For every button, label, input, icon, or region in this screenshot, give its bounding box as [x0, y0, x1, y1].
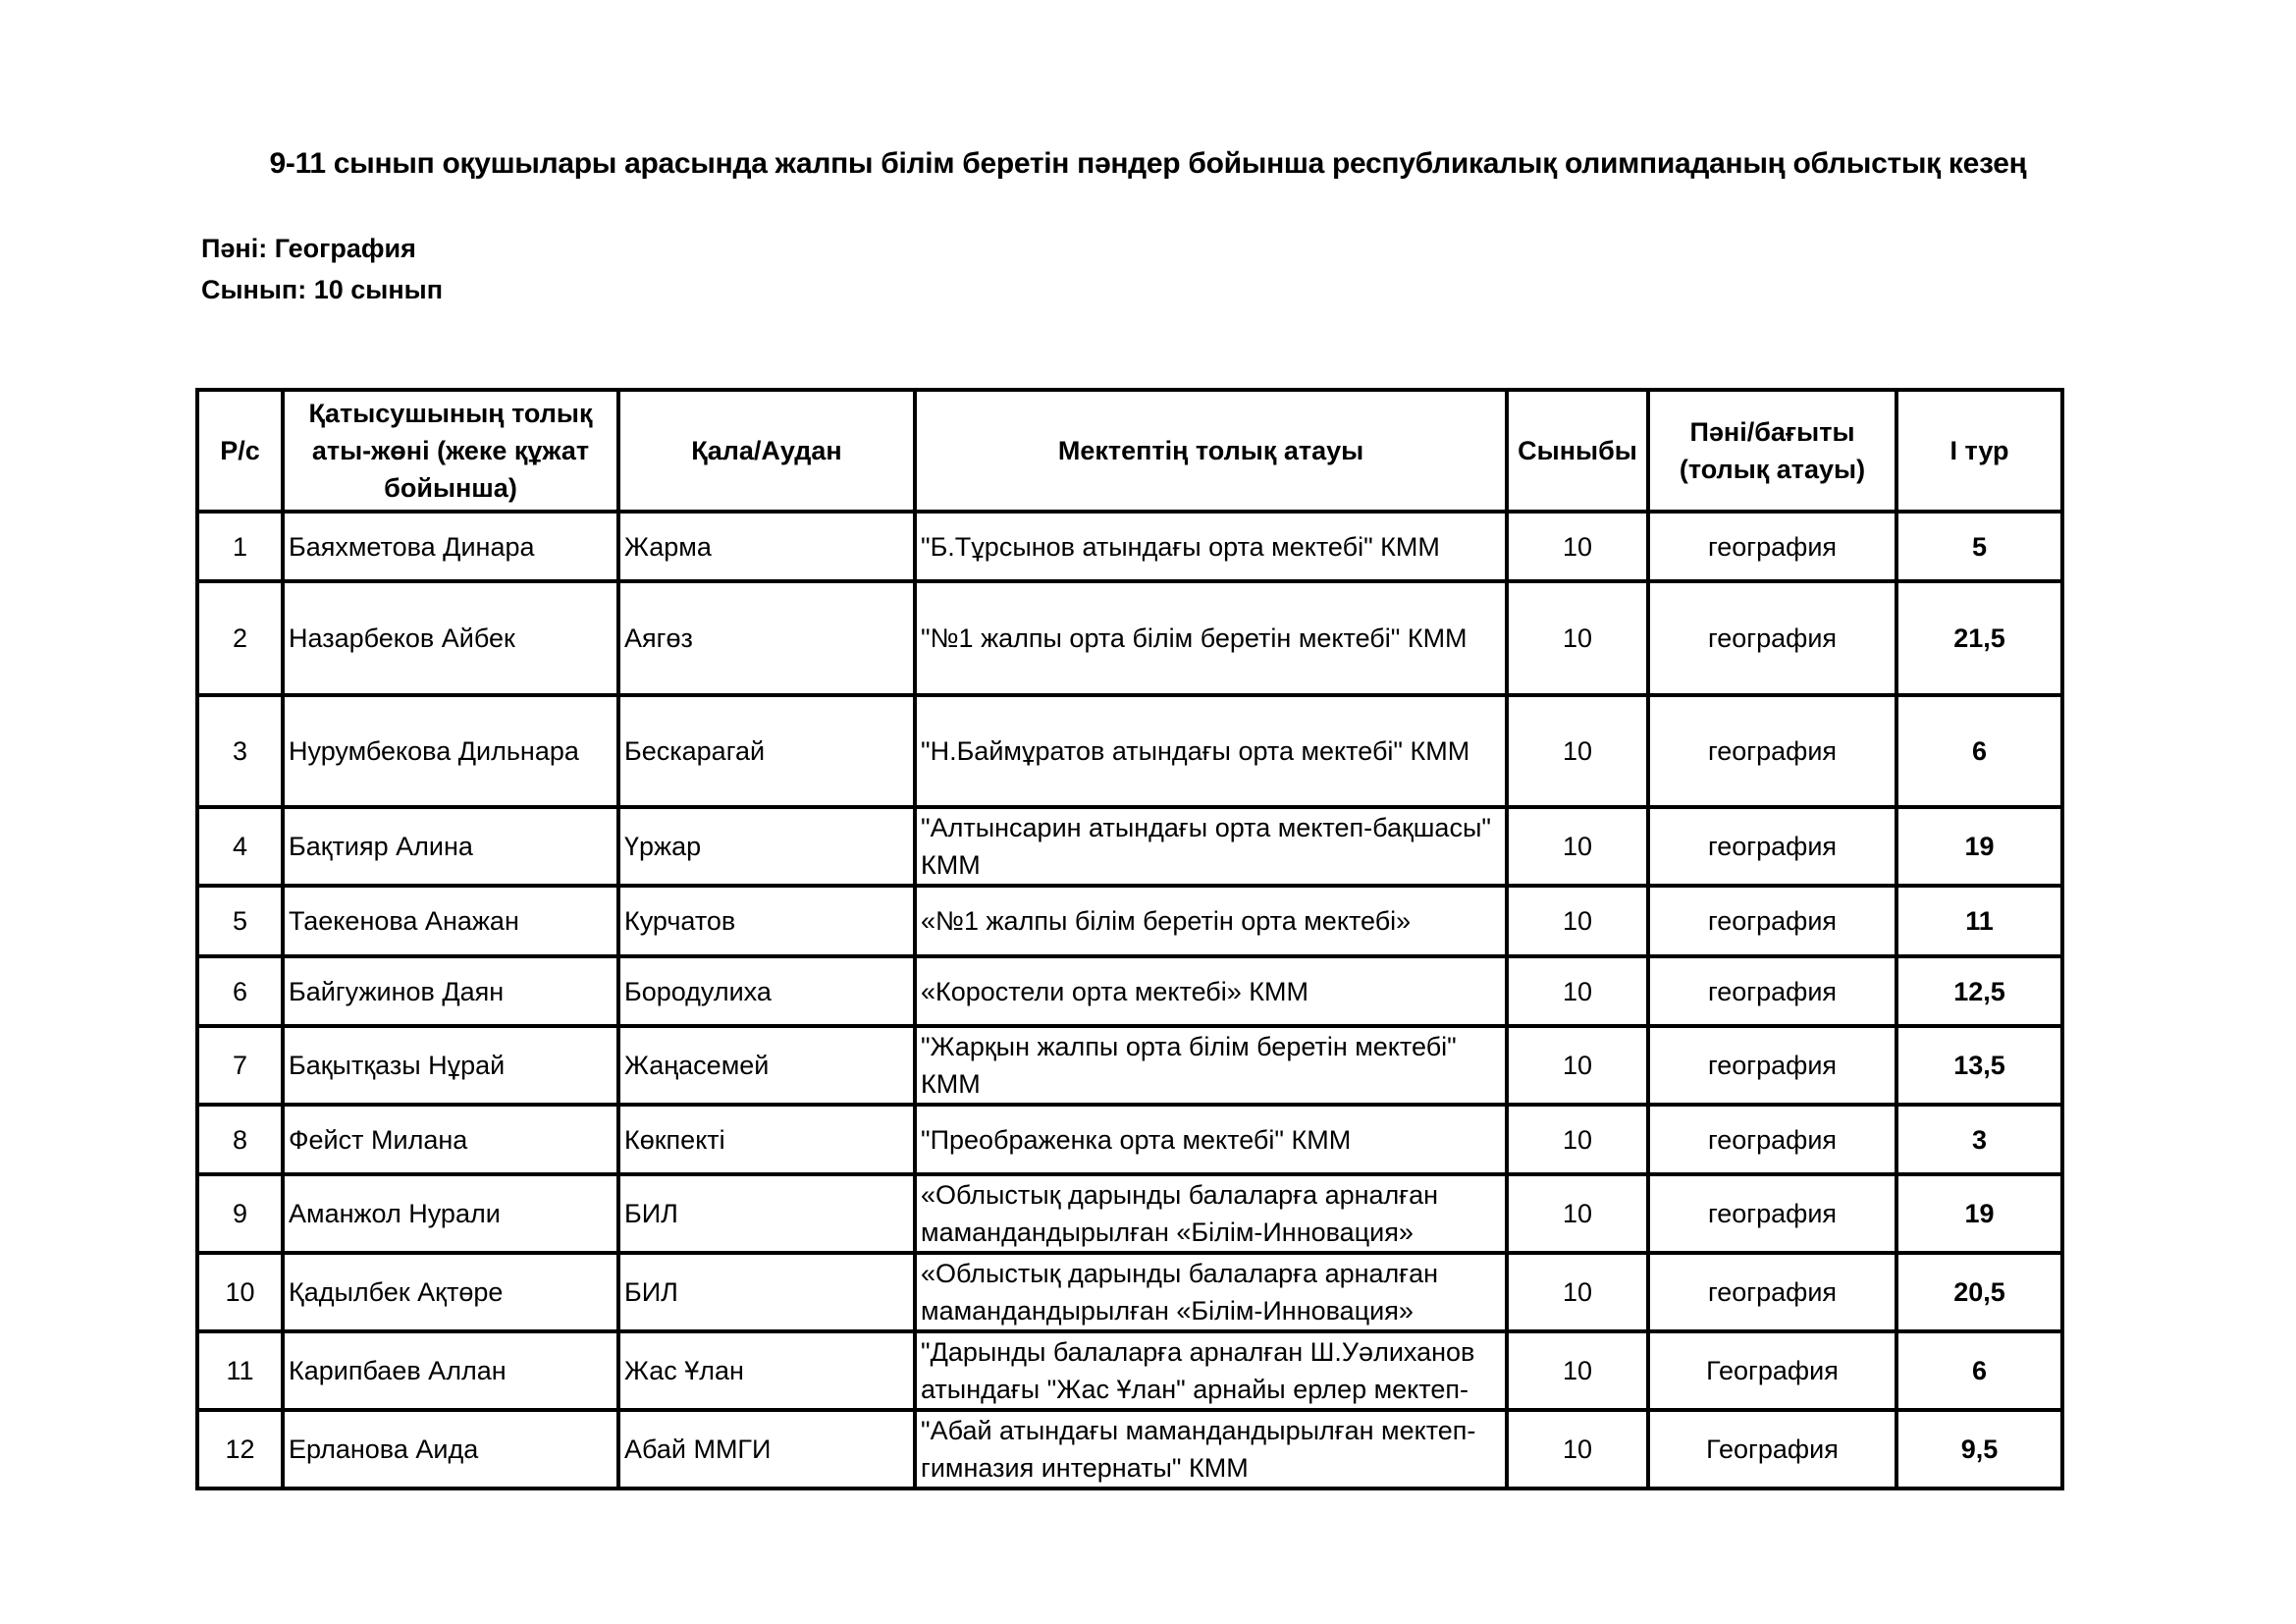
round-1-score: 6	[1896, 695, 2062, 807]
header-grade: Сыныбы	[1507, 390, 1648, 512]
grade: 10	[1507, 1410, 1648, 1489]
participant-name: Нурумбекова Дильнара	[283, 695, 618, 807]
school-name: "Абай атындағы мамандандырылған мектеп-г…	[915, 1410, 1507, 1489]
subject: география	[1648, 807, 1896, 886]
participant-name: Аманжол Нурали	[283, 1174, 618, 1253]
row-number: 6	[197, 956, 283, 1026]
table-row: 8Фейст МиланаКөкпекті"Преображенка орта …	[197, 1105, 2062, 1174]
table-row: 12Ерланова АидаАбай ММГИ"Абай атындағы м…	[197, 1410, 2062, 1489]
round-1-score: 3	[1896, 1105, 2062, 1174]
participant-name: Қадылбек Ақтөре	[283, 1253, 618, 1331]
participant-name: Бақытқазы Нұрай	[283, 1026, 618, 1105]
school-name: "№1 жалпы орта білім беретін мектебі" КМ…	[915, 581, 1507, 695]
city-district: БИЛ	[618, 1174, 915, 1253]
row-number: 2	[197, 581, 283, 695]
city-district: Аягөз	[618, 581, 915, 695]
city-district: Курчатов	[618, 886, 915, 956]
round-1-score: 9,5	[1896, 1410, 2062, 1489]
subject: география	[1648, 956, 1896, 1026]
grade: 10	[1507, 512, 1648, 581]
subject-line: Пәні: География	[201, 234, 416, 264]
school-name: "Н.Баймұратов атындағы орта мектебі" КММ	[915, 695, 1507, 807]
round-1-score: 19	[1896, 807, 2062, 886]
participant-name: Байгужинов Даян	[283, 956, 618, 1026]
subject: география	[1648, 581, 1896, 695]
school-name: "Жарқын жалпы орта білім беретін мектебі…	[915, 1026, 1507, 1105]
grade-line: Сынып: 10 сынып	[201, 275, 443, 305]
row-number: 10	[197, 1253, 283, 1331]
grade: 10	[1507, 807, 1648, 886]
participant-name: Бақтияр Алина	[283, 807, 618, 886]
participant-name: Таекенова Анажан	[283, 886, 618, 956]
row-number: 9	[197, 1174, 283, 1253]
header-round-1: І тур	[1896, 390, 2062, 512]
header-city-district: Қала/Аудан	[618, 390, 915, 512]
document-title: 9-11 сынып оқушылары арасында жалпы білі…	[0, 147, 2296, 181]
row-number: 4	[197, 807, 283, 886]
row-number: 1	[197, 512, 283, 581]
table-row: 2Назарбеков АйбекАягөз"№1 жалпы орта біл…	[197, 581, 2062, 695]
table-row: 10Қадылбек АқтөреБИЛ«Облыстық дарынды ба…	[197, 1253, 2062, 1331]
header-participant-name: Қатысушының толық аты-жөні (жеке құжат б…	[283, 390, 618, 512]
grade: 10	[1507, 886, 1648, 956]
participant-name: Назарбеков Айбек	[283, 581, 618, 695]
city-district: Жарма	[618, 512, 915, 581]
grade: 10	[1507, 1253, 1648, 1331]
round-1-score: 21,5	[1896, 581, 2062, 695]
school-name: "Алтынсарин атындағы орта мектеп-бақшасы…	[915, 807, 1507, 886]
table-row: 5Таекенова АнажанКурчатов «№1 жалпы білі…	[197, 886, 2062, 956]
table-row: 4Бақтияр АлинаҮржар"Алтынсарин атындағы …	[197, 807, 2062, 886]
table-row: 6Байгужинов ДаянБородулиха «Коростели ор…	[197, 956, 2062, 1026]
city-district: Бескарагай	[618, 695, 915, 807]
row-number: 7	[197, 1026, 283, 1105]
school-name: "Преображенка орта мектебі" КММ	[915, 1105, 1507, 1174]
participant-name: Карипбаев Аллан	[283, 1331, 618, 1410]
subject: география	[1648, 1105, 1896, 1174]
city-district: Бородулиха	[618, 956, 915, 1026]
row-number: 3	[197, 695, 283, 807]
school-name: "Дарынды балаларға арналған Ш.Уәлиханов …	[915, 1331, 1507, 1410]
header-subject: Пәні/бағыты (толық атауы)	[1648, 390, 1896, 512]
subject: география	[1648, 886, 1896, 956]
school-name: «Облыстық дарынды балаларға арналған мам…	[915, 1174, 1507, 1253]
results-table: Р/с Қатысушының толық аты-жөні (жеке құж…	[195, 388, 2064, 1490]
round-1-score: 20,5	[1896, 1253, 2062, 1331]
table-row: 11Карипбаев АлланЖас Ұлан"Дарынды балала…	[197, 1331, 2062, 1410]
table-header-row: Р/с Қатысушының толық аты-жөні (жеке құж…	[197, 390, 2062, 512]
table-row: 9Аманжол НуралиБИЛ«Облыстық дарынды бала…	[197, 1174, 2062, 1253]
round-1-score: 11	[1896, 886, 2062, 956]
grade: 10	[1507, 1174, 1648, 1253]
header-number: Р/с	[197, 390, 283, 512]
table-row: 3Нурумбекова ДильнараБескарагай"Н.Баймұр…	[197, 695, 2062, 807]
city-district: Көкпекті	[618, 1105, 915, 1174]
city-district: Жас Ұлан	[618, 1331, 915, 1410]
grade: 10	[1507, 956, 1648, 1026]
grade: 10	[1507, 1331, 1648, 1410]
subject: География	[1648, 1331, 1896, 1410]
city-district: Абай ММГИ	[618, 1410, 915, 1489]
row-number: 8	[197, 1105, 283, 1174]
grade: 10	[1507, 1105, 1648, 1174]
school-name: «№1 жалпы білім беретін орта мектебі»	[915, 886, 1507, 956]
city-district: Үржар	[618, 807, 915, 886]
row-number: 12	[197, 1410, 283, 1489]
school-name: "Б.Тұрсынов атындағы орта мектебі" КММ	[915, 512, 1507, 581]
grade: 10	[1507, 695, 1648, 807]
school-name: «Облыстық дарынды балаларға арналған мам…	[915, 1253, 1507, 1331]
participant-name: Ерланова Аида	[283, 1410, 618, 1489]
header-school-name: Мектептің толық атауы	[915, 390, 1507, 512]
participant-name: Фейст Милана	[283, 1105, 618, 1174]
table-row: 1Баяхметова ДинараЖарма"Б.Тұрсынов атынд…	[197, 512, 2062, 581]
subject: география	[1648, 695, 1896, 807]
city-district: БИЛ	[618, 1253, 915, 1331]
city-district: Жаңасемей	[618, 1026, 915, 1105]
row-number: 11	[197, 1331, 283, 1410]
round-1-score: 12,5	[1896, 956, 2062, 1026]
round-1-score: 13,5	[1896, 1026, 2062, 1105]
school-name: «Коростели орта мектебі» КММ	[915, 956, 1507, 1026]
row-number: 5	[197, 886, 283, 956]
subject: география	[1648, 1253, 1896, 1331]
round-1-score: 5	[1896, 512, 2062, 581]
grade: 10	[1507, 1026, 1648, 1105]
grade: 10	[1507, 581, 1648, 695]
subject: География	[1648, 1410, 1896, 1489]
table-row: 7Бақытқазы НұрайЖаңасемей"Жарқын жалпы о…	[197, 1026, 2062, 1105]
round-1-score: 6	[1896, 1331, 2062, 1410]
subject: география	[1648, 1174, 1896, 1253]
round-1-score: 19	[1896, 1174, 2062, 1253]
subject: география	[1648, 1026, 1896, 1105]
subject: география	[1648, 512, 1896, 581]
participant-name: Баяхметова Динара	[283, 512, 618, 581]
